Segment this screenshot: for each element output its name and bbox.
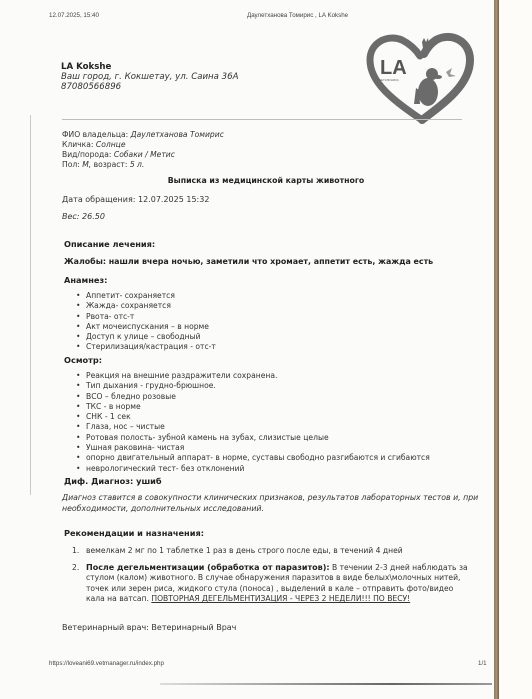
list-item: ВСО – бледно розовые xyxy=(76,392,430,402)
list-item: СНК - 1 сек xyxy=(76,412,430,422)
doctor-signature: Ветеринарный врач: Ветеринарный Врач xyxy=(62,623,236,632)
age-label: возраст: xyxy=(94,160,128,169)
recommendation-text: вемелкам 2 мг по 1 таблетке 1 раз в день… xyxy=(86,546,403,555)
recommendation-number: 2. xyxy=(72,563,79,574)
recommendation-number: 1. xyxy=(72,546,79,557)
recommendation-item: 1. вемелкам 2 мг по 1 таблетке 1 раз в д… xyxy=(72,546,472,557)
header-divider xyxy=(62,119,462,120)
owner-label: ФИО владельца: xyxy=(62,130,128,139)
list-item: Глаза, нос – чистые xyxy=(76,422,430,432)
svg-text:ВЕТКЛИНИКА: ВЕТКЛИНИКА xyxy=(379,78,399,82)
background-surface xyxy=(499,0,532,699)
sex-value: М, xyxy=(82,160,91,169)
list-item: Реакция на внешние раздражители сохранен… xyxy=(76,371,430,381)
recommendation-bold: После дегельментизации (обработка от пар… xyxy=(86,563,330,572)
page-number: 1/1 xyxy=(478,660,487,667)
anamnesis-heading: Анамнез: xyxy=(64,275,107,285)
list-item: Акт мочеиспускания – в норме xyxy=(76,322,216,332)
document-title: Выписка из медицинской карты животного xyxy=(0,176,532,185)
print-datetime: 12.07.2025, 15:40 xyxy=(49,12,99,19)
treatment-heading: Описание лечения: xyxy=(64,239,155,249)
recommendations-list: 1. вемелкам 2 мг по 1 таблетке 1 раз в д… xyxy=(72,546,472,605)
svg-text:LA: LA xyxy=(380,57,407,79)
exam-list: Реакция на внешние раздражители сохранен… xyxy=(76,371,430,474)
clinic-logo: LA ВЕТКЛИНИКА xyxy=(366,32,478,124)
recommendation-warning: ПОВТОРНАЯ ДЕГЕЛЬМЕНТИЗАЦИЯ - ЧЕРЕЗ 2 НЕД… xyxy=(151,594,410,603)
list-item: Жажда- сохраняется xyxy=(76,301,216,311)
sex-label: Пол: xyxy=(62,160,80,169)
nickname-row: Кличка: Солнце xyxy=(62,140,126,149)
list-item: Стерилизация/кастрация - отс-т xyxy=(76,342,216,352)
list-item: Тип дыхания - грудно-брюшное. xyxy=(76,381,430,391)
list-item: Ротовая полость- зубной камень на зубах,… xyxy=(76,433,430,443)
nickname-label: Кличка: xyxy=(62,140,93,149)
list-item: Ушная раковина- чистая xyxy=(76,443,430,453)
species-value: Собаки / Метис xyxy=(114,150,175,159)
list-item: неврологический тест- без отклонений xyxy=(76,464,430,474)
clinic-address: Ваш город, г. Кокшетау, ул. Саина 36А xyxy=(61,72,238,82)
paper-bottom-edge xyxy=(160,683,492,685)
exam-heading: Осмотр: xyxy=(64,355,102,365)
diagnosis-note: Диагноз ставится в совокупности клиничес… xyxy=(62,492,482,514)
clinic-phone: 87080566896 xyxy=(61,82,121,92)
recommendations-heading: Рекомендации и назначения: xyxy=(64,528,204,538)
list-item: Рвота- отс-т xyxy=(76,312,216,322)
visit-date: Дата обращения: 12.07.2025 15:32 xyxy=(62,195,209,204)
complaints: Жалобы: нашли вчера ночью, заметили что … xyxy=(64,257,433,266)
diagnosis: Диф. Диагноз: ушиб xyxy=(64,476,162,486)
heart-animals-icon: LA ВЕТКЛИНИКА xyxy=(366,32,478,124)
list-item: опорно двигательный аппарат- в норме, су… xyxy=(76,453,430,463)
print-title: Даулетханова Томирис , LA Kokshe xyxy=(247,12,348,19)
list-item: ТКС - в норме xyxy=(76,402,430,412)
visit-date-label: Дата обращения: xyxy=(62,195,135,204)
paper-edge xyxy=(494,0,499,699)
nickname-value: Солнце xyxy=(96,140,126,149)
paper-fold-line xyxy=(30,115,31,495)
species-label: Вид/порода: xyxy=(62,150,112,159)
visit-date-value: 12.07.2025 15:32 xyxy=(138,195,209,204)
species-row: Вид/порода: Собаки / Метис xyxy=(62,150,175,159)
sex-age-row: Пол: М, возраст: 5 л. xyxy=(62,160,144,169)
anamnesis-list: Аппетит- сохраняетсяЖажда- сохраняетсяРв… xyxy=(76,291,216,353)
owner-value: Даулетханова Томирис xyxy=(131,130,224,139)
weight: Вес: 26.50 xyxy=(62,212,105,221)
owner-row: ФИО владельца: Даулетханова Томирис xyxy=(62,130,224,139)
print-url: https://loveani69.vetmanager.ru/index.ph… xyxy=(49,660,164,667)
list-item: Доступ к улице – свободный xyxy=(76,332,216,342)
list-item: Аппетит- сохраняется xyxy=(76,291,216,301)
recommendation-item: 2. После дегельментизации (обработка от … xyxy=(72,563,472,605)
clinic-name: LA Kokshe xyxy=(61,62,111,72)
age-value: 5 л. xyxy=(130,160,145,169)
